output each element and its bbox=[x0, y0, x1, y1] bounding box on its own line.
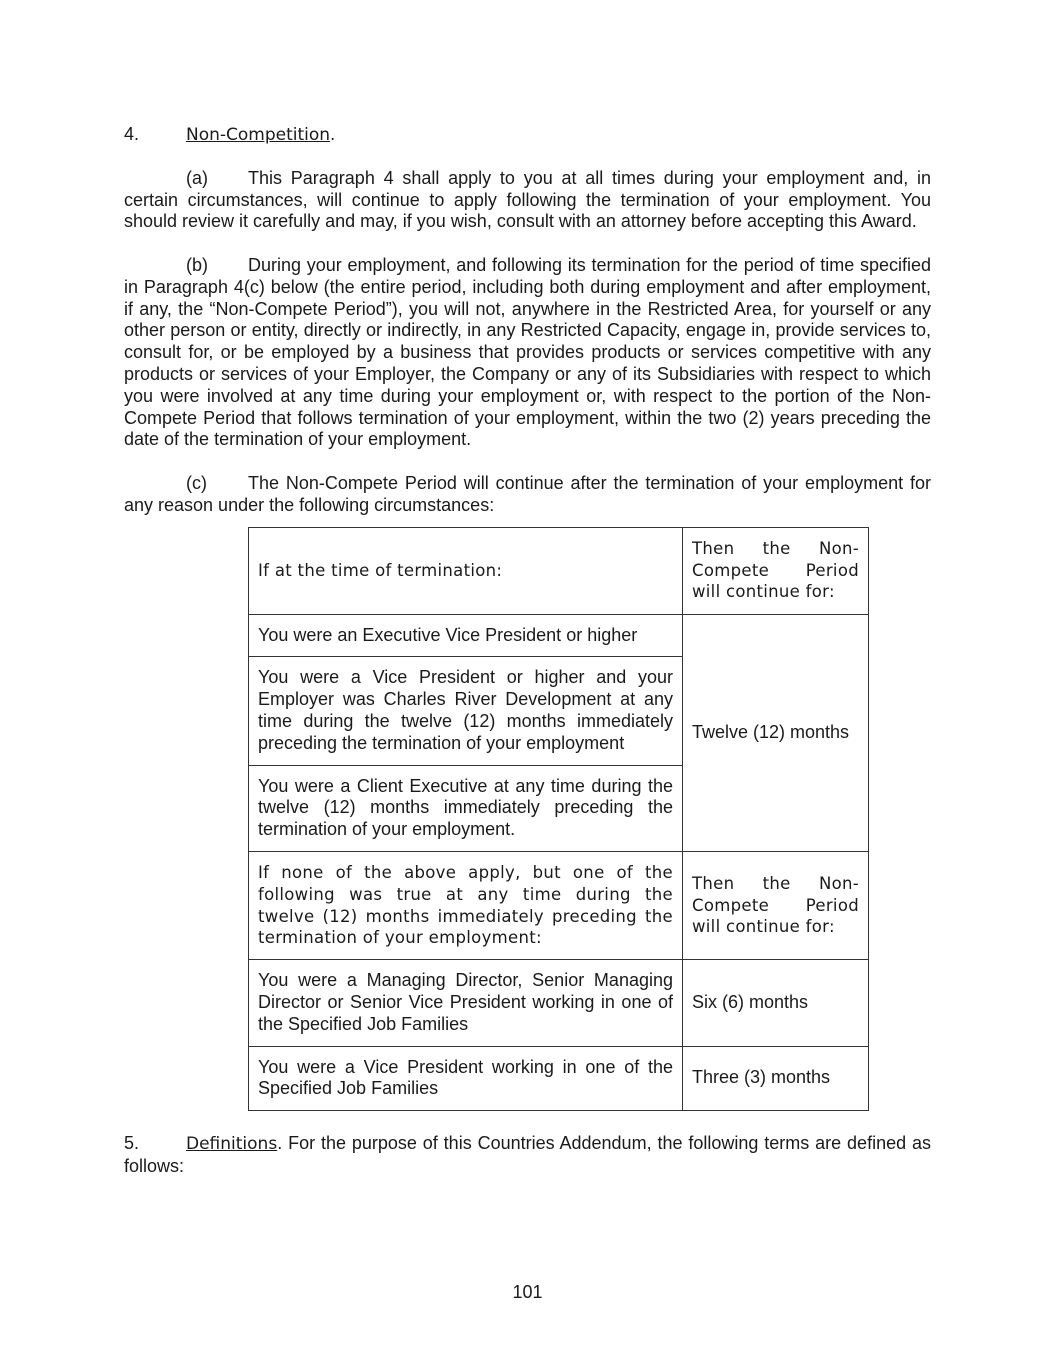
condition-cell: You were a Vice President working in one… bbox=[249, 1046, 683, 1111]
period-cell: Three (3) months bbox=[683, 1046, 869, 1111]
paragraph-4a: (a)This Paragraph 4 shall apply to you a… bbox=[124, 168, 931, 233]
paragraph-4b: (b)During your employment, and following… bbox=[124, 255, 931, 451]
section-5: 5.Definitions. For the purpose of this C… bbox=[124, 1133, 931, 1178]
document-page: 4.Non-Competition. (a)This Paragraph 4 s… bbox=[124, 124, 931, 1196]
paragraph-4c-label: (c) bbox=[186, 473, 248, 495]
paragraph-4b-text: During your employment, and following it… bbox=[124, 255, 931, 449]
section-5-number: 5. bbox=[124, 1133, 186, 1155]
table-subheader-row: If none of the above apply, but one of t… bbox=[249, 851, 869, 959]
period-cell: Six (6) months bbox=[683, 960, 869, 1046]
table-row: You were a Vice President working in one… bbox=[249, 1046, 869, 1111]
section-4-number: 4. bbox=[124, 124, 186, 146]
condition-cell: You were a Vice President or higher and … bbox=[249, 657, 683, 765]
condition-cell: You were an Executive Vice President or … bbox=[249, 614, 683, 657]
non-compete-period-table: If at the time of termination: Then the … bbox=[248, 527, 869, 1112]
section-4-heading: 4.Non-Competition. bbox=[124, 124, 931, 147]
subheader-period-cell: Then the Non-Compete Period will continu… bbox=[683, 851, 869, 959]
paragraph-4a-label: (a) bbox=[186, 168, 248, 190]
period-cell: Twelve (12) months bbox=[683, 614, 869, 851]
condition-cell: You were a Client Executive at any time … bbox=[249, 765, 683, 851]
header-condition-cell: If at the time of termination: bbox=[249, 527, 683, 614]
section-5-title: Definitions bbox=[186, 1134, 277, 1154]
table-header-row: If at the time of termination: Then the … bbox=[249, 527, 869, 614]
paragraph-4c: (c)The Non-Compete Period will continue … bbox=[124, 473, 931, 517]
section-4-title-suffix: . bbox=[330, 124, 335, 144]
subheader-condition-cell: If none of the above apply, but one of t… bbox=[249, 851, 683, 959]
page-number: 101 bbox=[0, 1282, 1055, 1303]
paragraph-4b-label: (b) bbox=[186, 255, 248, 277]
section-4-title: Non-Competition bbox=[186, 125, 330, 145]
table-row: You were an Executive Vice President or … bbox=[249, 614, 869, 657]
condition-cell: You were a Managing Director, Senior Man… bbox=[249, 960, 683, 1046]
table-row: You were a Managing Director, Senior Man… bbox=[249, 960, 869, 1046]
header-period-cell: Then the Non-Compete Period will continu… bbox=[683, 527, 869, 614]
